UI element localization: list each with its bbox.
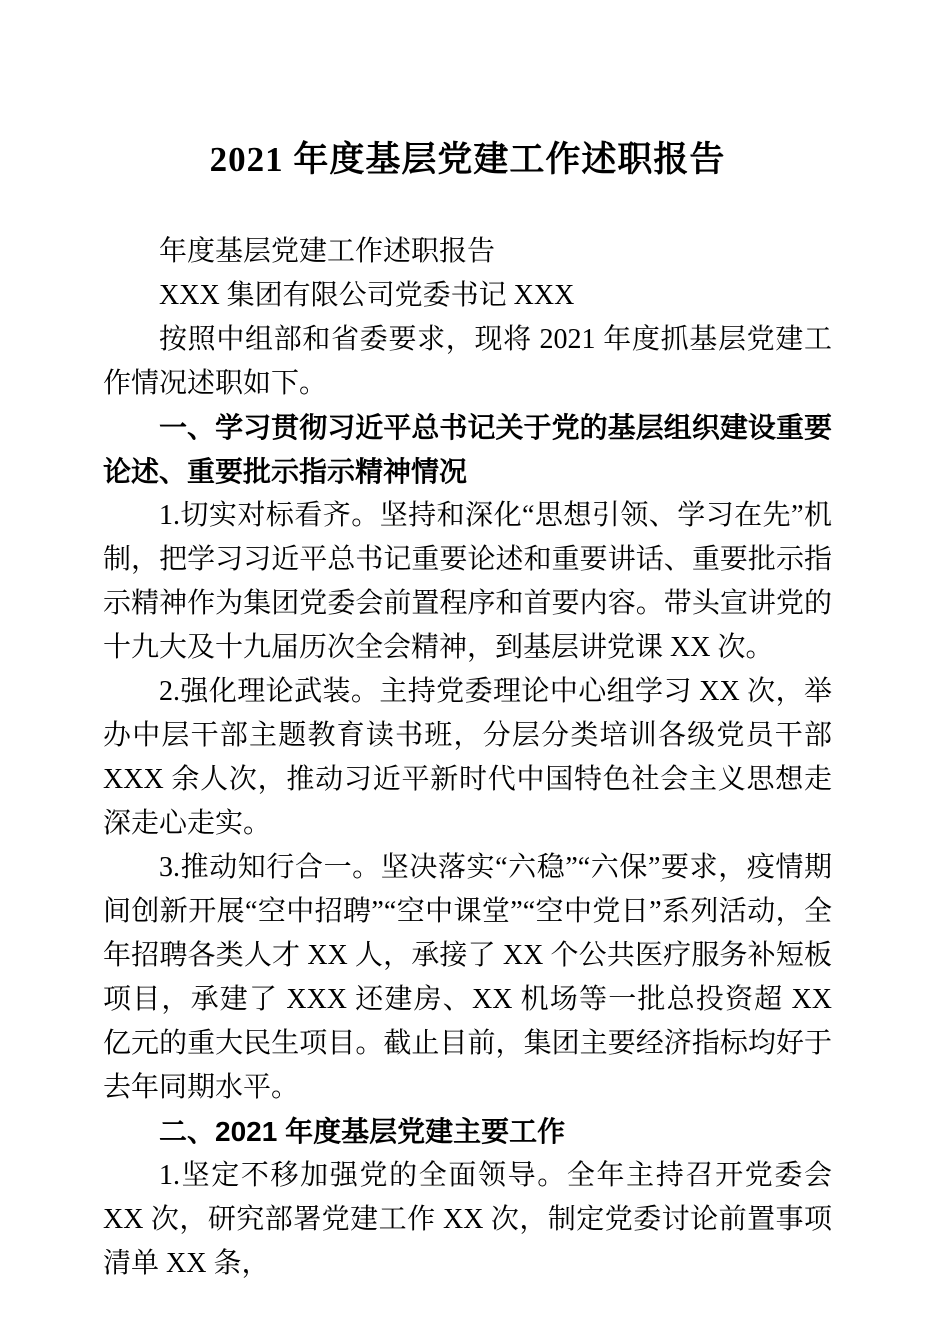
- paragraph-report-subtitle: 年度基层党建工作述职报告: [103, 230, 832, 274]
- paragraph-section1-item2: 2.强化理论武装。主持党委理论中心组学习 XX 次，举办中层干部主题教育读书班，…: [103, 670, 832, 846]
- document-title: 2021 年度基层党建工作述职报告: [103, 136, 832, 184]
- document-body: 年度基层党建工作述职报告 XXX 集团有限公司党委书记 XXX 按照中组部和省委…: [103, 230, 832, 1286]
- paragraph-intro: 按照中组部和省委要求，现将 2021 年度抓基层党建工作情况述职如下。: [103, 318, 832, 406]
- paragraph-section1-item3: 3.推动知行合一。坚决落实“六稳”“六保”要求，疫情期间创新开展“空中招聘”“空…: [103, 846, 832, 1110]
- paragraph-section2-item1: 1.坚定不移加强党的全面领导。全年主持召开党委会 XX 次，研究部署党建工作 X…: [103, 1154, 832, 1286]
- document-page: 2021 年度基层党建工作述职报告 年度基层党建工作述职报告 XXX 集团有限公…: [0, 0, 950, 1344]
- section-heading-2: 二、2021 年度基层党建主要工作: [103, 1110, 832, 1154]
- paragraph-section1-item1: 1.切实对标看齐。坚持和深化“思想引领、学习在先”机制，把学习习近平总书记重要论…: [103, 494, 832, 670]
- section-heading-1: 一、学习贯彻习近平总书记关于党的基层组织建设重要论述、重要批示指示精神情况: [103, 406, 832, 494]
- paragraph-author-line: XXX 集团有限公司党委书记 XXX: [103, 274, 832, 318]
